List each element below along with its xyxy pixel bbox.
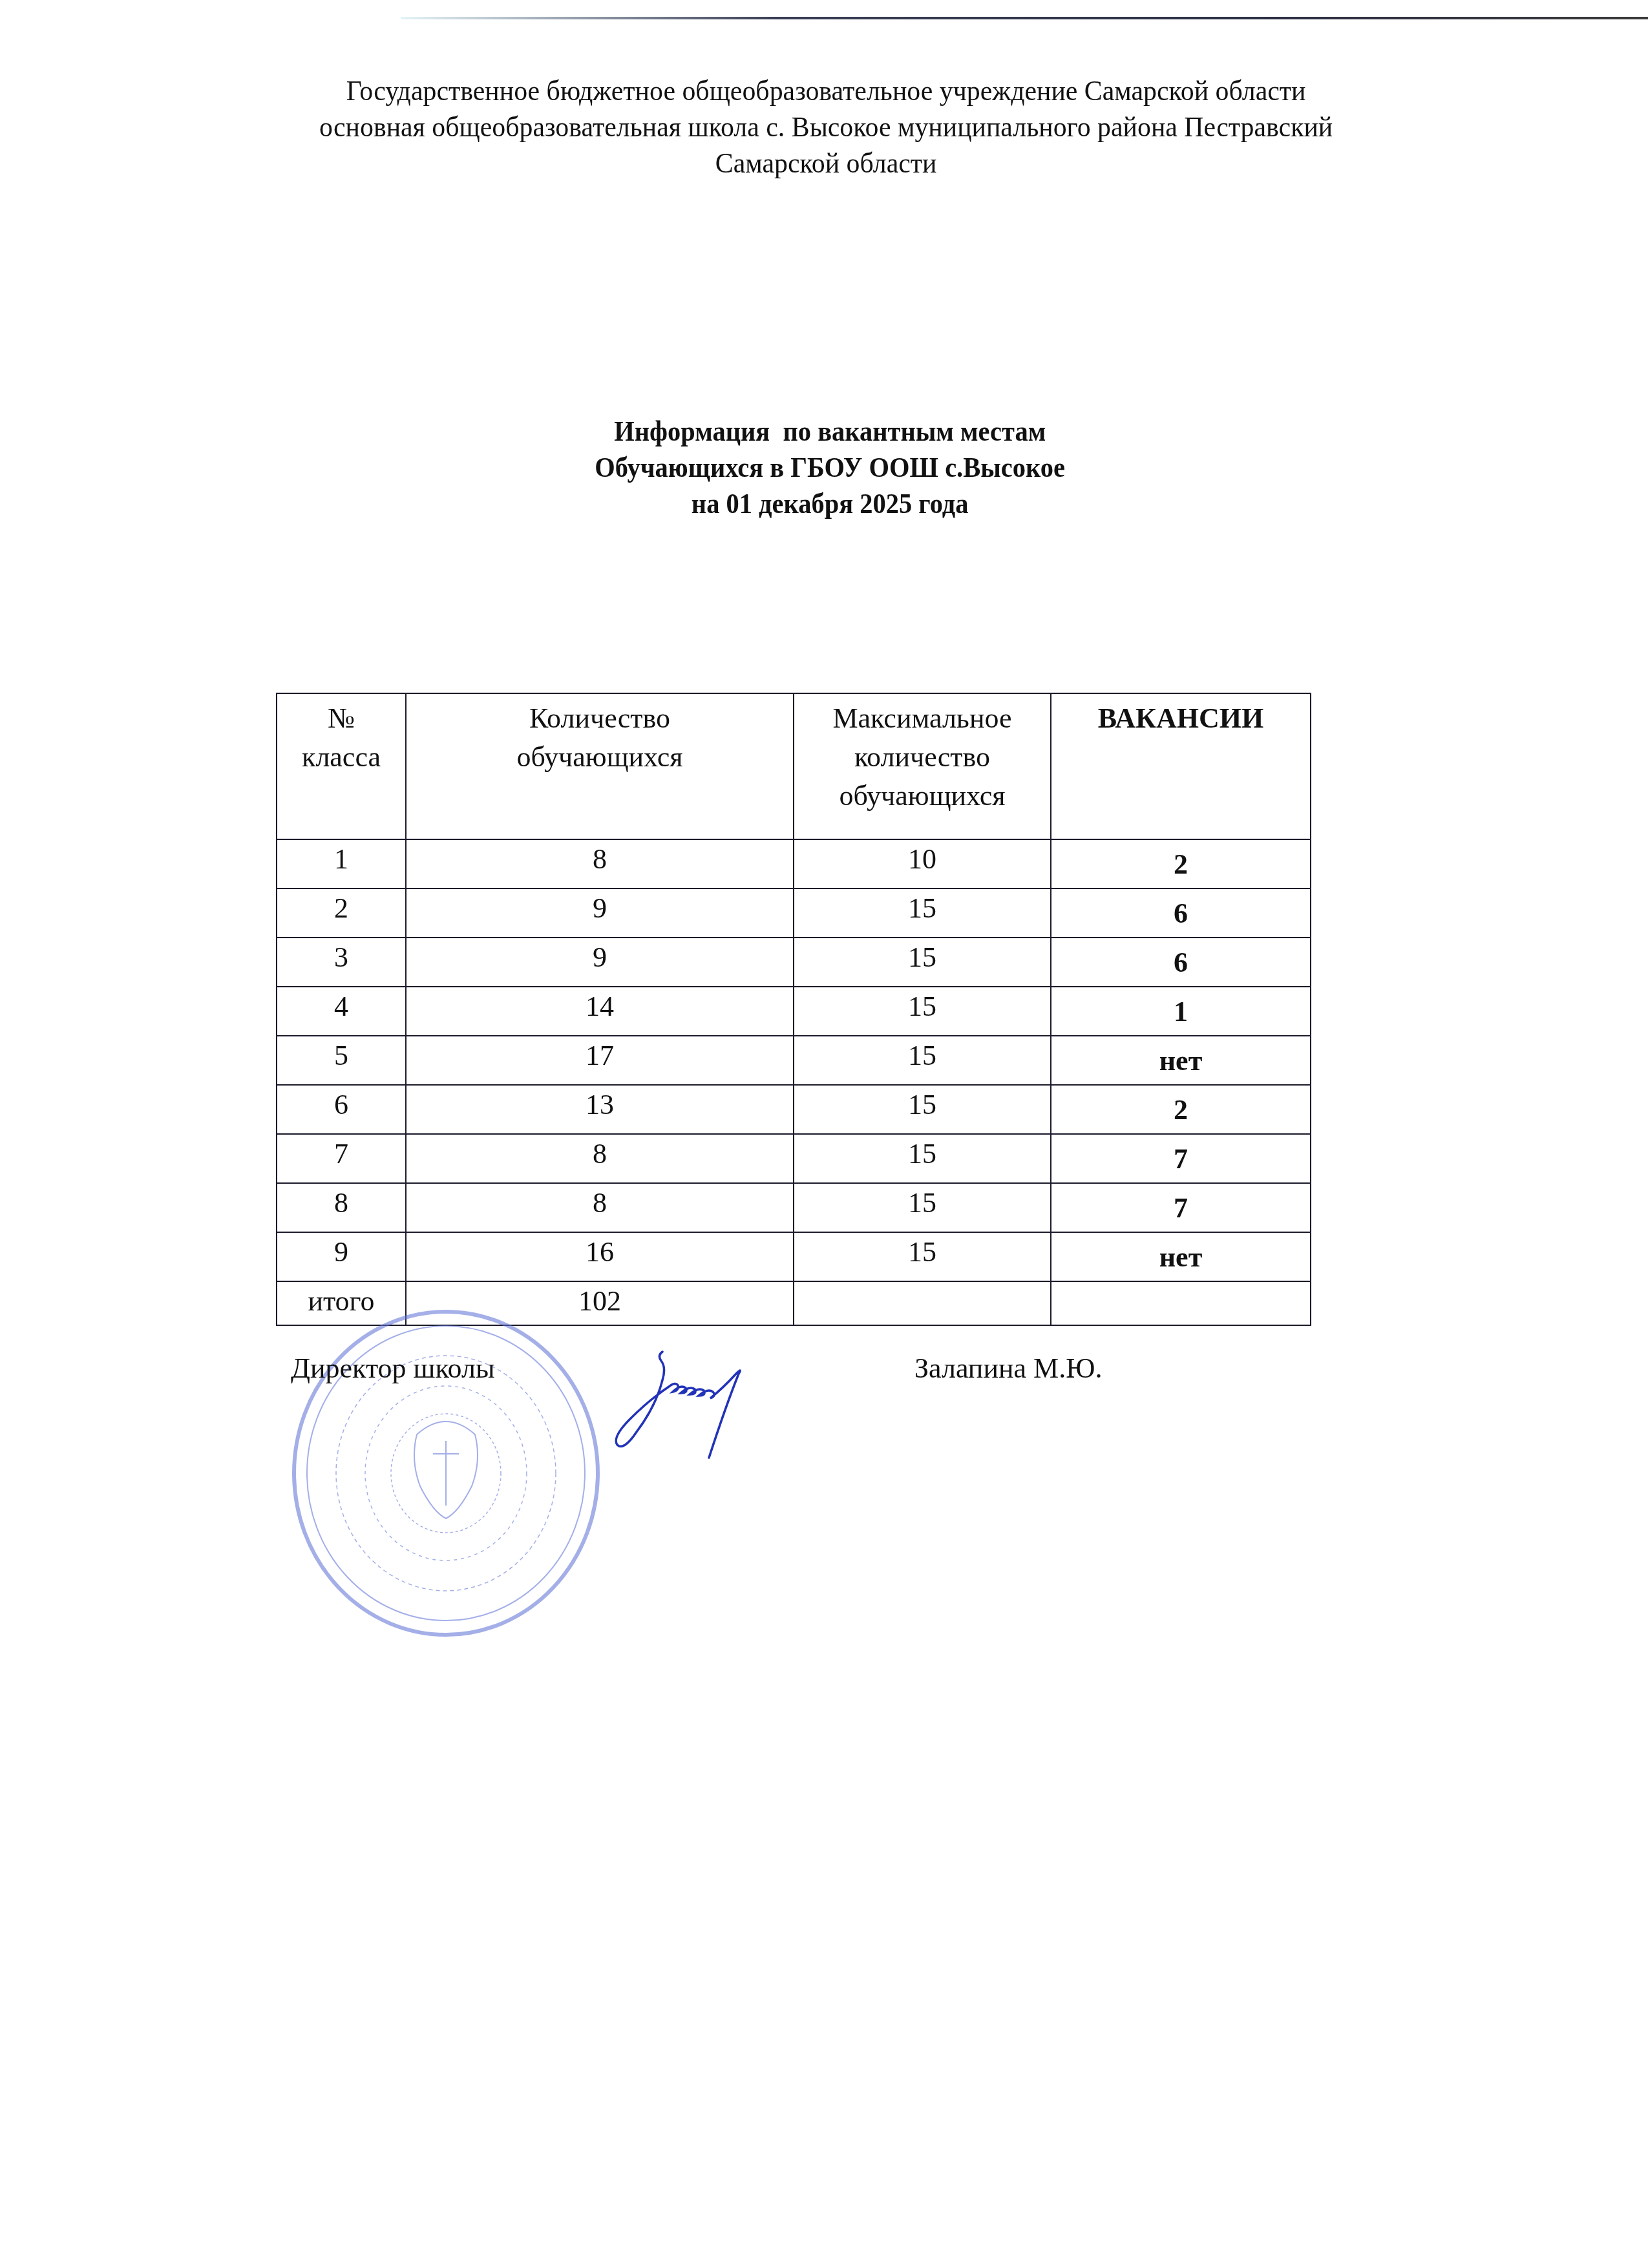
table-row: 39156 xyxy=(277,938,1311,987)
cell-students: 16 xyxy=(406,1232,794,1281)
cell-max-students: 15 xyxy=(794,1085,1051,1134)
cell-vacancies: 2 xyxy=(1051,839,1311,888)
vacancies-table: № класса Количество обучающихся Максимал… xyxy=(276,693,1311,1326)
cell-students: 9 xyxy=(406,938,794,987)
header-students-line-1: Количество xyxy=(407,699,793,738)
cell-students: 17 xyxy=(406,1036,794,1085)
table-header-row: № класса Количество обучающихся Максимал… xyxy=(277,693,1311,839)
cell-students: 8 xyxy=(406,1134,794,1183)
cell-students: 8 xyxy=(406,1183,794,1232)
scan-edge-line xyxy=(401,17,1648,19)
cell-vacancies: нет xyxy=(1051,1232,1311,1281)
table-row: 91615нет xyxy=(277,1232,1311,1281)
header-max-students: Максимальное количество обучающихся xyxy=(794,693,1051,839)
header-class-number-line-2: класса xyxy=(277,738,405,777)
cell-students: 8 xyxy=(406,839,794,888)
header-max-line-2: количество xyxy=(794,738,1050,777)
cell-max-students: 15 xyxy=(794,1183,1051,1232)
cell-max-students: 10 xyxy=(794,839,1051,888)
header-students-line-2: обучающихся xyxy=(407,738,793,777)
header-class-number-line-1: № xyxy=(277,699,405,738)
cell-class-number: 2 xyxy=(277,888,406,938)
cell-total-vacancies xyxy=(1051,1281,1311,1325)
table-row: 88157 xyxy=(277,1183,1311,1232)
organization-header: Государственное бюджетное общеобразовате… xyxy=(59,72,1592,181)
cell-max-students: 15 xyxy=(794,1134,1051,1183)
header-max-line-1: Максимальное xyxy=(794,699,1050,738)
cell-class-number: 3 xyxy=(277,938,406,987)
cell-class-number: 7 xyxy=(277,1134,406,1183)
cell-vacancies: 2 xyxy=(1051,1085,1311,1134)
cell-max-students: 15 xyxy=(794,888,1051,938)
cell-max-students: 15 xyxy=(794,987,1051,1036)
signature-icon xyxy=(601,1344,834,1460)
cell-max-students: 15 xyxy=(794,1036,1051,1085)
cell-vacancies: нет xyxy=(1051,1036,1311,1085)
document-title: Информация по вакантным местам Обучающих… xyxy=(72,414,1588,522)
table-row: 414151 xyxy=(277,987,1311,1036)
title-line-1: Информация по вакантным местам xyxy=(72,414,1588,450)
cell-vacancies: 6 xyxy=(1051,888,1311,938)
header-class-number: № класса xyxy=(277,693,406,839)
cell-vacancies: 7 xyxy=(1051,1134,1311,1183)
cell-students: 14 xyxy=(406,987,794,1036)
org-header-line-2: основная общеобразовательная школа с. Вы… xyxy=(59,109,1592,145)
header-vacancies: ВАКАНСИИ xyxy=(1051,693,1311,839)
cell-class-number: 6 xyxy=(277,1085,406,1134)
cell-vacancies: 1 xyxy=(1051,987,1311,1036)
table-row: 78157 xyxy=(277,1134,1311,1183)
director-name: Залапина М.Ю. xyxy=(914,1352,1102,1385)
table-row: 18102 xyxy=(277,839,1311,888)
cell-total-max xyxy=(794,1281,1051,1325)
title-line-2: Обучающихся в ГБОУ ООШ с.Высокое xyxy=(72,450,1588,486)
cell-students: 9 xyxy=(406,888,794,938)
title-line-3: на 01 декабря 2025 года xyxy=(72,486,1588,522)
cell-max-students: 15 xyxy=(794,938,1051,987)
cell-class-number: 8 xyxy=(277,1183,406,1232)
cell-max-students: 15 xyxy=(794,1232,1051,1281)
cell-class-number: 4 xyxy=(277,987,406,1036)
header-max-line-3: обучающихся xyxy=(794,777,1050,815)
org-header-line-3: Самарской области xyxy=(59,145,1592,181)
cell-students: 13 xyxy=(406,1085,794,1134)
table-row: 613152 xyxy=(277,1085,1311,1134)
header-students: Количество обучающихся xyxy=(406,693,794,839)
director-position-label: Директор школы xyxy=(291,1352,495,1385)
cell-class-number: 9 xyxy=(277,1232,406,1281)
table-row: 51715нет xyxy=(277,1036,1311,1085)
cell-vacancies: 6 xyxy=(1051,938,1311,987)
cell-class-number: 1 xyxy=(277,839,406,888)
org-header-line-1: Государственное бюджетное общеобразовате… xyxy=(59,72,1592,109)
cell-vacancies: 7 xyxy=(1051,1183,1311,1232)
cell-class-number: 5 xyxy=(277,1036,406,1085)
table-body: 18102291563915641415151715нет61315278157… xyxy=(277,839,1311,1325)
table-row: 29156 xyxy=(277,888,1311,938)
